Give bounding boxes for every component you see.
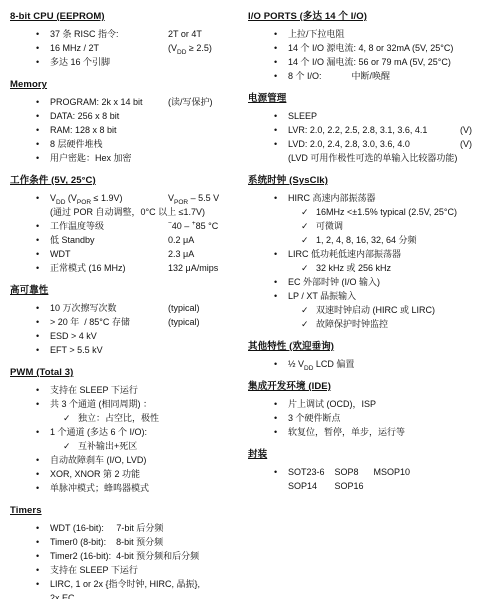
text-segment: HIRC 高速内部振荡器 [288,193,376,203]
item-text: ESD > 4 kV [50,331,97,341]
item-text: 自动故障刹车 (I/O, LVD) [50,455,146,465]
list-item: •EFT > 5.5 kV [10,343,248,357]
bullet-icon: • [36,109,39,123]
bullet-icon: • [274,27,277,41]
list-item: •LP / XT 晶振输入 [248,289,480,303]
list-item: (LVD 可用作极性可选的单输入比较器功能) [248,151,480,165]
item-text: Timer0 (8-bit): 8-bit 预分频 [50,537,163,547]
text-segment: (V) [460,125,472,135]
text-segment: 双速时钟启动 (HIRC 或 LIRC) [316,305,435,315]
bullet-icon: • [274,41,277,55]
bullet-icon: • [36,329,39,343]
item-text: SOT23-6 SOP8 MSOP10 [288,467,410,477]
bullet-icon: • [274,69,277,83]
item-text: 片上调试 (OCD)，ISP [288,399,376,409]
item-text: (LVD 可用作极性可选的单输入比较器功能) [288,153,457,163]
list-item: •LVD: 2.0, 2.4, 2.8, 3.0, 3.6, 4.0(V) [248,137,480,151]
list-item: •½ VDD LCD 偏置 [248,357,480,371]
list-item: •Timer0 (8-bit): 8-bit 预分频 [10,535,248,549]
text-segment: RAM: 128 x 8 bit [50,125,117,135]
text-segment: 40 – [172,221,192,231]
item-text: ½ VDD LCD 偏置 [288,359,354,369]
item-value: VPOR – 5.5 V [168,191,219,205]
list-item: •37 条 RISC 指令:2T or 4T [10,27,248,41]
list-item: •14 个 I/O 漏电流: 56 or 79 mA (5V, 25°C) [248,55,480,69]
text-segment: 37 条 RISC 指令: [50,29,119,39]
bullet-icon: • [36,95,39,109]
item-text: 16MHz <±1.5% typical (2.5V, 25°C) [316,207,457,217]
item-text: VDD (VPOR ≤ 1.9V) [50,193,122,203]
item-text: 独立：占空比，极性 [78,413,159,423]
text-segment: ≤ 1.9V) [91,193,122,203]
item-text: LIRC, 1 or 2x {指令时钟, HIRC, 晶振}, [50,579,200,589]
list-item: •共 3 个通道 (相同周期) ： [10,397,248,411]
text-segment: 8 个 I/O: 中断/唤醒 [288,71,390,81]
bullet-icon: • [36,315,39,329]
list-item: •用户密匙：Hex 加密 [10,151,248,165]
text-segment: EC 外部时钟 (I/O 输入) [288,277,380,287]
item-text: SLEEP [288,111,317,121]
list-item: •RAM: 128 x 8 bit [10,123,248,137]
item-text: 2x EC [50,593,75,599]
item-text: 双速时钟启动 (HIRC 或 LIRC) [316,305,435,315]
bullet-icon: • [274,357,277,371]
text-segment: 2T or 4T [168,29,202,39]
bullet-icon: • [36,41,39,55]
list-item: •多达 16 个引脚 [10,55,248,69]
list-item: •Timer2 (16-bit): 4-bit 预分频和后分频 [10,549,248,563]
item-text: LVD: 2.0, 2.4, 2.8, 3.0, 3.6, 4.0 [288,139,410,149]
text-segment: 共 3 个通道 (相同周期) ： [50,399,152,409]
item-text: 14 个 I/O 源电流: 4, 8 or 32mA (5V, 25°C) [288,43,453,53]
item-text: 可微调 [316,221,343,231]
list-item: •16 MHz / 2T(VDD ≥ 2.5) [10,41,248,55]
bullet-icon: • [36,467,39,481]
bullet-icon: • [274,397,277,411]
list-item: •支持在 SLEEP 下运行 [10,383,248,397]
item-text: 32 kHz 或 256 kHz [316,263,391,273]
text-segment: 3 个硬件断点 [288,413,341,423]
bullet-icon: • [36,123,39,137]
bullet-icon: • [36,219,39,233]
list-item: •上拉/下拉电阻 [248,27,480,41]
list-item: •1 个通道 (多达 6 个 I/O): [10,425,248,439]
bullet-icon: • [274,465,277,479]
text-segment: 正常模式 (16 MHz) [50,263,126,273]
subscript-text: DD [304,365,313,372]
text-segment: 独立：占空比，极性 [78,413,159,423]
item-text: 单脉冲模式；蜂鸣器模式 [50,483,149,493]
list-item: •10 万次擦写次数(typical) [10,301,248,315]
check-icon: ✓ [301,205,309,219]
text-segment: SOT23-6 SOP8 MSOP10 [288,467,410,477]
text-segment: 片上调试 (OCD)，ISP [288,399,376,409]
bullet-icon: • [36,233,39,247]
text-segment: 14 个 I/O 源电流: 4, 8 or 32mA (5V, 25°C) [288,43,453,53]
text-segment: 互补输出+死区 [78,441,137,451]
check-icon: ✓ [301,261,309,275]
list-item: •正常模式 (16 MHz)132 μA/mips [10,261,248,275]
text-segment: LVR: 2.0, 2.2, 2.5, 2.8, 3.1, 3.6, 4.1 [288,125,427,135]
list-item: •HIRC 高速内部振荡器 [248,191,480,205]
bullet-icon: • [36,425,39,439]
list-item: •软复位，暂停，单步，运行等 [248,425,480,439]
bullet-icon: • [36,549,39,563]
section-heading: I/O PORTS (多达 14 个 I/O) [248,10,480,24]
text-segment: (typical) [168,303,200,313]
list-item: •SLEEP [248,109,480,123]
text-segment: (LVD 可用作极性可选的单输入比较器功能) [288,153,457,163]
item-text: 正常模式 (16 MHz) [50,263,126,273]
text-segment: 10 万次擦写次数 [50,303,117,313]
item-text: 10 万次擦写次数 [50,303,117,313]
text-segment: (V [168,43,177,53]
bullet-icon: • [274,289,277,303]
check-icon: ✓ [63,439,71,453]
text-segment: 上拉/下拉电阻 [288,29,345,39]
section-heading: PWM (Total 3) [10,366,248,380]
bullet-icon: • [36,27,39,41]
item-text: 37 条 RISC 指令: [50,29,119,39]
text-segment: SLEEP [288,111,317,121]
text-segment: 85 °C [196,221,219,231]
list-item: •单脉冲模式；蜂鸣器模式 [10,481,248,495]
item-value: −40 – +85 °C [168,219,218,233]
bullet-icon: • [36,535,39,549]
list-item: ✓独立：占空比，极性 [10,411,248,425]
item-text: 14 个 I/O 漏电流: 56 or 79 mA (5V, 25°C) [288,57,451,67]
column-right: I/O PORTS (多达 14 个 I/O)•上拉/下拉电阻•14 个 I/O… [248,8,480,599]
text-segment: LVD: 2.0, 2.4, 2.8, 3.0, 3.6, 4.0 [288,139,410,149]
check-icon: ✓ [301,317,309,331]
bullet-icon: • [274,55,277,69]
text-segment: PROGRAM: 2k x 14 bit [50,97,143,107]
datasheet-page: 8-bit CPU (EEPROM)•37 条 RISC 指令:2T or 4T… [0,0,484,599]
text-segment: 软复位，暂停，单步，运行等 [288,427,405,437]
list-item: •支持在 SLEEP 下运行 [10,563,248,577]
list-item: •PROGRAM: 2k x 14 bit(读/写保护) [10,95,248,109]
item-value: 2T or 4T [168,27,202,41]
section-heading: Memory [10,78,248,92]
item-text: 支持在 SLEEP 下运行 [50,385,138,395]
item-value: (typical) [168,301,200,315]
item-text: 上拉/下拉电阻 [288,29,345,39]
item-text: XOR, XNOR 第 2 功能 [50,469,140,479]
text-segment: 1 个通道 (多达 6 个 I/O): [50,427,147,437]
bullet-icon: • [36,521,39,535]
bullet-icon: • [274,411,277,425]
list-item: ✓16MHz <±1.5% typical (2.5V, 25°C) [248,205,480,219]
item-text: 工作温度等级 [50,221,104,231]
item-text: PROGRAM: 2k x 14 bit [50,97,143,107]
section-heading: 电源管理 [248,92,480,106]
text-segment: Timer2 (16-bit): 4-bit 预分频和后分频 [50,551,199,561]
text-segment: 低 Standby [50,235,95,245]
list-item: •EC 外部时钟 (I/O 输入) [248,275,480,289]
list-item: •3 个硬件断点 [248,411,480,425]
bullet-icon: • [274,191,277,205]
list-item: •工作温度等级−40 – +85 °C [10,219,248,233]
list-item: •ESD > 4 kV [10,329,248,343]
list-item: ✓互补输出+死区 [10,439,248,453]
item-text: (通过 POR 自动调整，0°C 以上 ≤1.7V) [50,207,205,217]
text-segment: 14 个 I/O 漏电流: 56 or 79 mA (5V, 25°C) [288,57,451,67]
item-text: > 20 年 / 85°C 存储 [50,317,130,327]
item-text: SOP14 SOP16 [288,481,364,491]
section-heading: 高可靠性 [10,284,248,298]
bullet-icon: • [274,247,277,261]
text-segment: 32 kHz 或 256 kHz [316,263,391,273]
item-text: LVR: 2.0, 2.2, 2.5, 2.8, 3.1, 3.6, 4.1 [288,125,427,135]
bullet-icon: • [274,137,277,151]
item-text: 低 Standby [50,235,95,245]
check-icon: ✓ [301,233,309,247]
list-item: ✓32 kHz 或 256 kHz [248,261,480,275]
item-text: 16 MHz / 2T [50,43,99,53]
item-value: 0.2 μA [168,233,194,247]
bullet-icon: • [274,275,277,289]
bullet-icon: • [274,425,277,439]
text-segment: 132 μA/mips [168,263,218,273]
list-item: •VDD (VPOR ≤ 1.9V)VPOR – 5.5 V [10,191,248,205]
bullet-icon: • [36,383,39,397]
list-item: ✓1, 2, 4, 8, 16, 32, 64 分频 [248,233,480,247]
text-segment: (typical) [168,317,200,327]
check-icon: ✓ [301,303,309,317]
bullet-icon: • [36,191,39,205]
list-item: •XOR, XNOR 第 2 功能 [10,467,248,481]
text-segment: 16MHz <±1.5% typical (2.5V, 25°C) [316,207,457,217]
section-heading: 其他特性 (欢迎垂询) [248,340,480,354]
list-item: •DATA: 256 x 8 bit [10,109,248,123]
item-text: 1 个通道 (多达 6 个 I/O): [50,427,147,437]
bullet-icon: • [36,55,39,69]
text-segment: 自动故障刹车 (I/O, LVD) [50,455,146,465]
text-segment: 用户密匙：Hex 加密 [50,153,132,163]
section-heading: 集成开发环境 (IDE) [248,380,480,394]
item-text: LP / XT 晶振输入 [288,291,356,301]
item-text: DATA: 256 x 8 bit [50,111,119,121]
list-item: •WDT2.3 μA [10,247,248,261]
item-text: 多达 16 个引脚 [50,57,110,67]
list-item: •SOT23-6 SOP8 MSOP10 [248,465,480,479]
text-segment: SOP14 SOP16 [288,481,364,491]
text-segment: 2.3 μA [168,249,194,259]
bullet-icon: • [36,481,39,495]
bullet-icon: • [36,343,39,357]
list-item: ✓双速时钟启动 (HIRC 或 LIRC) [248,303,480,317]
text-segment: 0.2 μA [168,235,194,245]
text-segment: 单脉冲模式；蜂鸣器模式 [50,483,149,493]
item-text: 3 个硬件断点 [288,413,341,423]
item-value: (V) [460,123,472,137]
list-item: •8 层硬件堆栈 [10,137,248,151]
item-text: 用户密匙：Hex 加密 [50,153,132,163]
check-icon: ✓ [63,411,71,425]
column-left: 8-bit CPU (EEPROM)•37 条 RISC 指令:2T or 4T… [10,8,248,599]
list-item: •8 个 I/O: 中断/唤醒 [248,69,480,83]
text-segment: (V [65,193,77,203]
list-item: •LIRC 低功耗低速内部振荡器 [248,247,480,261]
text-segment: LIRC, 1 or 2x {指令时钟, HIRC, 晶振}, [50,579,200,589]
list-item: 2x EC [10,591,248,599]
section-heading: 工作条件 (5V, 25°C) [10,174,248,188]
list-item: ✓可微调 [248,219,480,233]
item-text: 故障保护时钟监控 [316,319,388,329]
text-segment: 工作温度等级 [50,221,104,231]
list-item: •14 个 I/O 源电流: 4, 8 or 32mA (5V, 25°C) [248,41,480,55]
item-text: 互补输出+死区 [78,441,137,451]
item-text: 8 层硬件堆栈 [50,139,103,149]
text-segment: – 5.5 V [188,193,219,203]
text-segment: LIRC 低功耗低速内部振荡器 [288,249,401,259]
text-segment: (通过 POR 自动调整，0°C 以上 ≤1.7V) [50,207,205,217]
list-item: •自动故障刹车 (I/O, LVD) [10,453,248,467]
bullet-icon: • [36,301,39,315]
bullet-icon: • [274,109,277,123]
text-segment: ESD > 4 kV [50,331,97,341]
item-value: 2.3 μA [168,247,194,261]
item-value: (VDD ≥ 2.5) [168,41,212,55]
list-item: ✓故障保护时钟监控 [248,317,480,331]
section-heading: 8-bit CPU (EEPROM) [10,10,248,24]
section-heading: Timers [10,504,248,518]
bullet-icon: • [36,151,39,165]
text-segment: 支持在 SLEEP 下运行 [50,565,138,575]
text-segment: 16 MHz / 2T [50,43,99,53]
item-text: HIRC 高速内部振荡器 [288,193,376,203]
bullet-icon: • [36,453,39,467]
list-item: •WDT (16-bit): 7-bit 后分频 [10,521,248,535]
bullet-icon: • [36,137,39,151]
text-segment: ≥ 2.5) [186,43,211,53]
text-segment: LP / XT 晶振输入 [288,291,356,301]
text-segment: 故障保护时钟监控 [316,319,388,329]
item-text: 软复位，暂停，单步，运行等 [288,427,405,437]
item-value: (typical) [168,315,200,329]
item-text: 1, 2, 4, 8, 16, 32, 64 分频 [316,235,417,245]
text-segment: 支持在 SLEEP 下运行 [50,385,138,395]
bullet-icon: • [36,261,39,275]
text-segment: Timer0 (8-bit): 8-bit 预分频 [50,537,163,547]
list-item: SOP14 SOP16 [248,479,480,493]
section-heading: 封装 [248,448,480,462]
section-heading: 系统时钟 (SysClk) [248,174,480,188]
text-segment: 2x EC [50,593,75,599]
text-segment: > 20 年 / 85°C 存储 [50,317,130,327]
text-segment: (读/写保护) [168,97,213,107]
text-segment: 可微调 [316,221,343,231]
text-segment: XOR, XNOR 第 2 功能 [50,469,140,479]
text-segment: WDT (16-bit): 7-bit 后分频 [50,523,163,533]
item-text: 支持在 SLEEP 下运行 [50,565,138,575]
text-segment: LCD 偏置 [313,359,354,369]
item-text: Timer2 (16-bit): 4-bit 预分频和后分频 [50,551,199,561]
item-text: 共 3 个通道 (相同周期) ： [50,399,152,409]
text-segment: ½ V [288,359,304,369]
text-segment: WDT [50,249,71,259]
bullet-icon: • [36,397,39,411]
text-segment: 8 层硬件堆栈 [50,139,103,149]
text-segment: 1, 2, 4, 8, 16, 32, 64 分频 [316,235,417,245]
bullet-icon: • [36,577,39,591]
item-text: 8 个 I/O: 中断/唤醒 [288,71,390,81]
check-icon: ✓ [301,219,309,233]
list-item: •低 Standby0.2 μA [10,233,248,247]
item-value: (V) [460,137,472,151]
text-segment: EFT > 5.5 kV [50,345,103,355]
list-item: •LIRC, 1 or 2x {指令时钟, HIRC, 晶振}, [10,577,248,591]
item-text: WDT [50,249,71,259]
text-segment: DATA: 256 x 8 bit [50,111,119,121]
list-item: •片上调试 (OCD)，ISP [248,397,480,411]
text-segment: (V) [460,139,472,149]
list-item: •LVR: 2.0, 2.2, 2.5, 2.8, 3.1, 3.6, 4.1(… [248,123,480,137]
item-text: RAM: 128 x 8 bit [50,125,117,135]
bullet-icon: • [36,247,39,261]
item-value: (读/写保护) [168,95,213,109]
item-text: EC 外部时钟 (I/O 输入) [288,277,380,287]
item-text: WDT (16-bit): 7-bit 后分频 [50,523,163,533]
item-text: LIRC 低功耗低速内部振荡器 [288,249,401,259]
item-value: 132 μA/mips [168,261,218,275]
bullet-icon: • [36,563,39,577]
bullet-icon: • [274,123,277,137]
text-segment: 多达 16 个引脚 [50,57,110,67]
list-item: •> 20 年 / 85°C 存储(typical) [10,315,248,329]
list-item: (通过 POR 自动调整，0°C 以上 ≤1.7V) [10,205,248,219]
item-text: EFT > 5.5 kV [50,345,103,355]
